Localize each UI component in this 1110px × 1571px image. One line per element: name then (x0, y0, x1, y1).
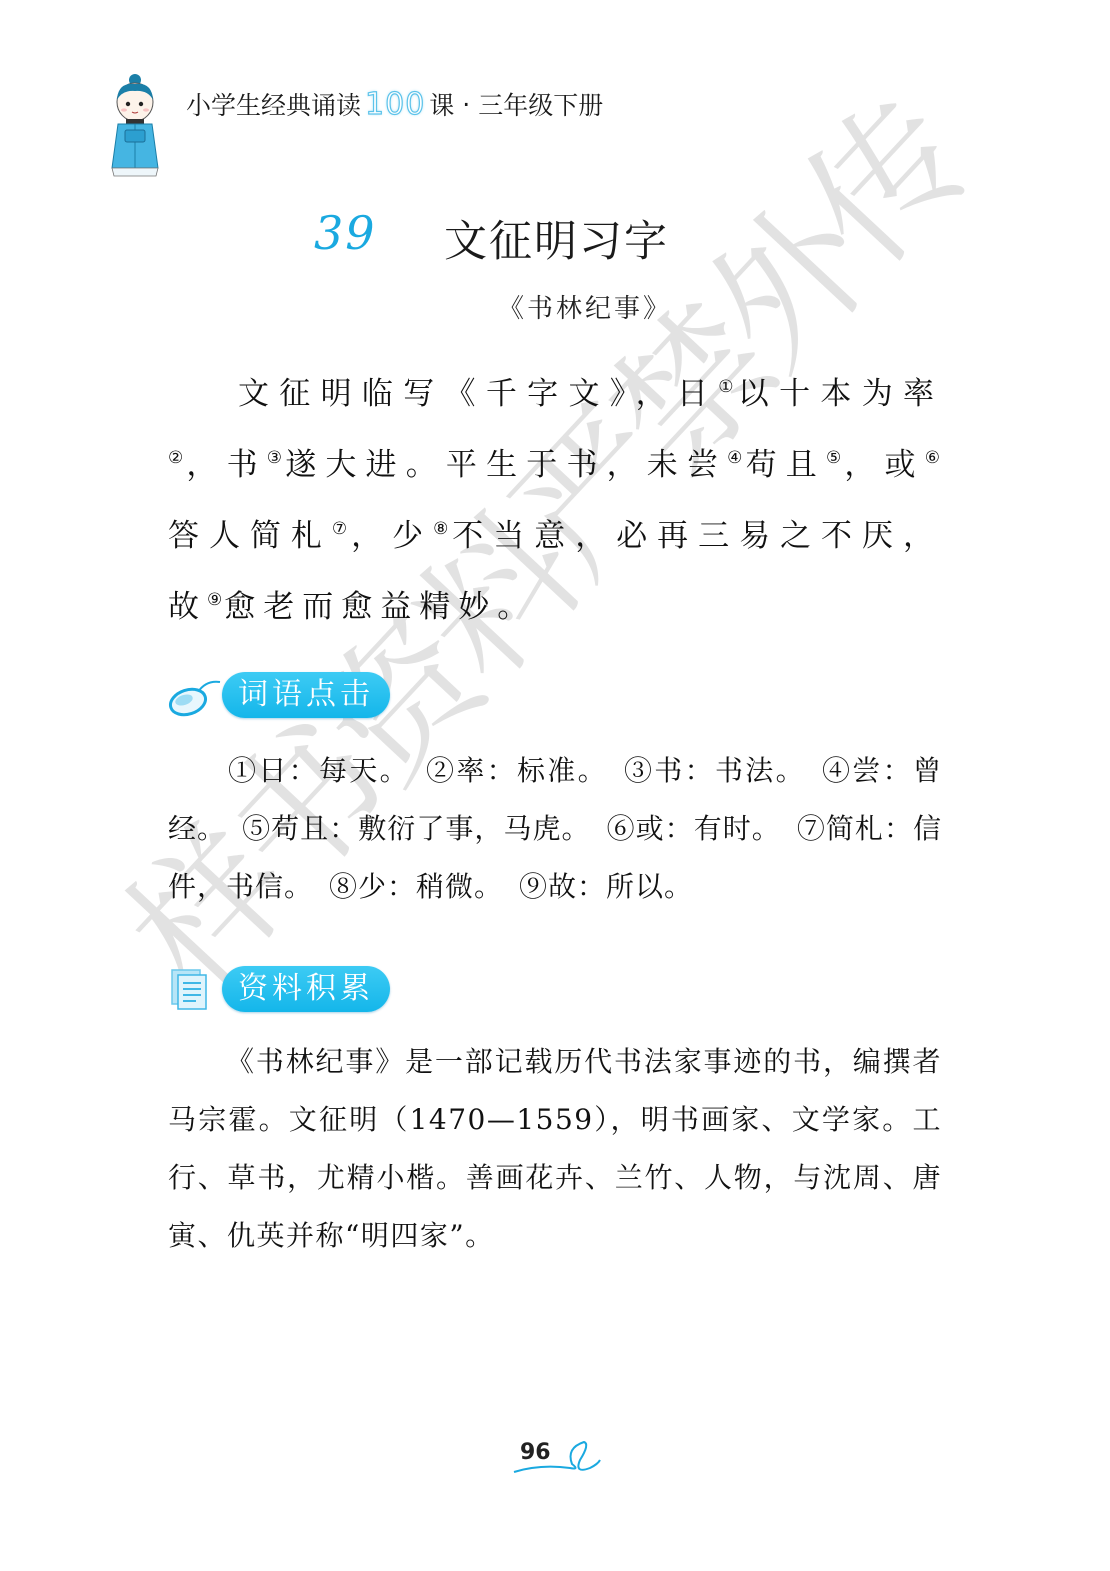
page-header: 小学生经典诵读 100 课 · 三年级下册 (108, 72, 603, 182)
series-number: 100 (365, 87, 425, 122)
lesson-source: 《书林纪事》 (0, 288, 1110, 325)
series-prefix: 小学生经典诵读 (186, 86, 361, 122)
reference-paragraph: 《书林纪事》是一部记载历代书法家事迹的书，编撰者马宗霍。文征明（1470—155… (168, 1033, 942, 1265)
note-marker: ⑤ (826, 448, 842, 468)
glossary-section-label: 词语点击 (222, 672, 390, 718)
page-number: 96 (520, 1440, 551, 1465)
passage-text: ，书 (186, 447, 266, 483)
reference-section-header: 资料积累 (168, 966, 390, 1012)
glossary-entry: ⑨故：所以。 (519, 870, 693, 903)
computer-mouse-icon (168, 672, 220, 718)
note-marker: ⑧ (433, 519, 450, 539)
lesson-source-text: 《书林纪事》 (498, 294, 672, 324)
passage-text: 答人简札 (168, 518, 332, 554)
note-marker: ⑨ (207, 590, 222, 610)
note-marker: ③ (267, 448, 283, 468)
volume-label: 三年级下册 (478, 86, 603, 122)
book-series-title: 小学生经典诵读 100 课 · 三年级下册 (186, 86, 603, 122)
title-separator: · (462, 90, 470, 119)
note-marker: ① (718, 377, 736, 397)
passage-text: 文征明临写《千字文》，日 (238, 376, 718, 412)
glossary-entry: ⑥或：有时。 (607, 812, 781, 845)
passage-text: 苟且 (746, 447, 826, 483)
series-suffix: 课 (429, 86, 454, 122)
note-marker: ② (168, 448, 184, 468)
passage-text: ，少 (351, 518, 433, 554)
glossary-entry: ⑧少：稍微。 (329, 870, 503, 903)
glossary-entry: ③书：书法。 (624, 754, 806, 787)
classical-passage: 文征明临写《千字文》，日①以十本为率②，书③遂大进。平生于书，未尝④苟且⑤，或⑥… (168, 355, 942, 639)
glossary-list: ①日：每天。②率：标准。③书：书法。④尝：曾经。⑤苟且：敷衍了事，马虎。⑥或：有… (168, 742, 942, 916)
glossary-entry: ①日：每天。 (228, 754, 410, 787)
note-marker: ④ (727, 448, 743, 468)
document-pages-icon (168, 966, 220, 1012)
passage-text: 以十本为率 (738, 376, 942, 412)
glossary-entry: ⑤苟且：敷衍了事，马虎。 (242, 812, 590, 845)
passage-text: 遂大进。平生于书，未尝 (285, 447, 727, 483)
lesson-title: 文征明习字 (444, 208, 669, 269)
glossary-entry: ②率：标准。 (426, 754, 608, 787)
lesson-number: 39 (314, 206, 377, 260)
passage-text: ，或 (844, 447, 924, 483)
child-scholar-mascot-icon (108, 72, 170, 178)
passage-text: 愈老而愈益精妙。 (224, 589, 536, 625)
note-marker: ⑥ (925, 448, 940, 468)
reference-section-label: 资料积累 (222, 966, 390, 1012)
glossary-section-header: 词语点击 (168, 672, 390, 718)
note-marker: ⑦ (332, 519, 349, 539)
